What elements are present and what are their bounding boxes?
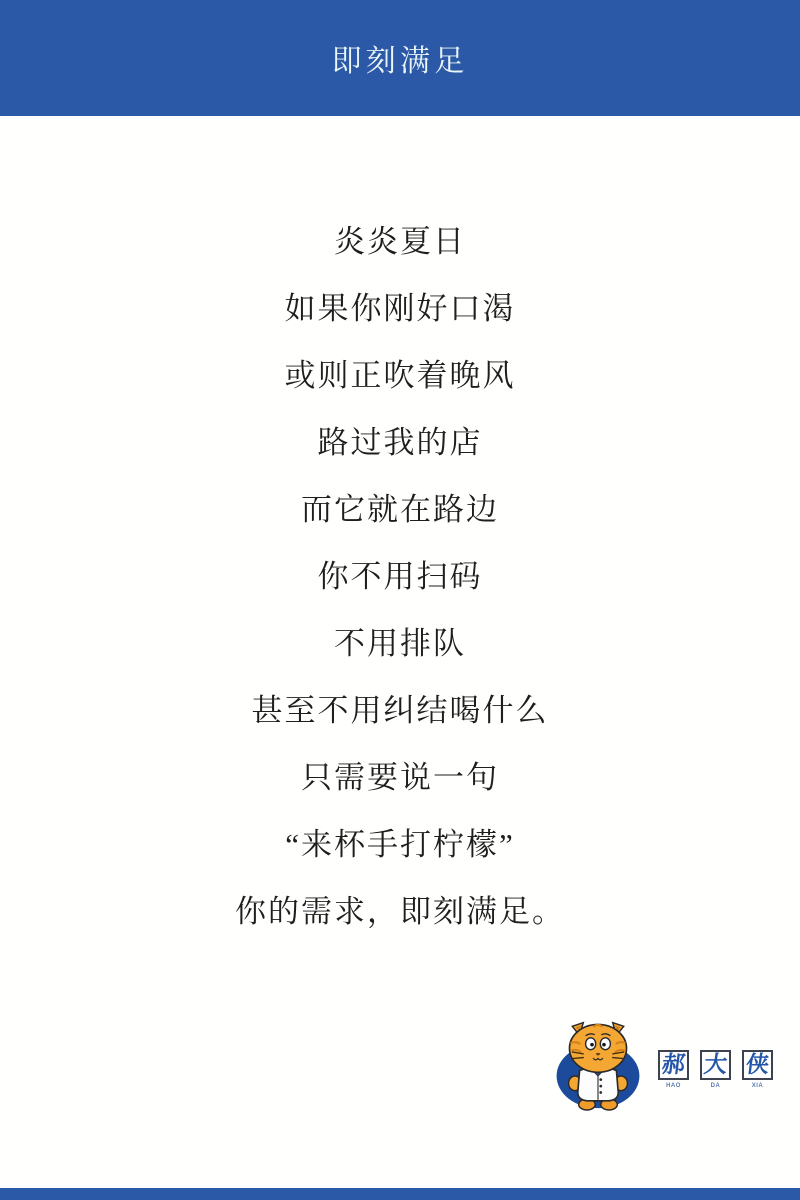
footer-bar	[0, 1188, 800, 1200]
poem-line: 你不用扫码	[0, 543, 800, 610]
poem-body: 炎炎夏日 如果你刚好口渴 或则正吹着晚风 路过我的店 而它就在路边 你不用扫码 …	[0, 208, 800, 945]
poem-line: 甚至不用纠结喝什么	[0, 677, 800, 744]
brand-char: 侠	[745, 1053, 771, 1076]
poem-line: 只需要说一句	[0, 744, 800, 811]
poem-line: 路过我的店	[0, 409, 800, 476]
brand-char-cell: 大 DA	[700, 1050, 731, 1089]
brand-char: 大	[703, 1053, 729, 1076]
brand-logo: 郝 HAO 大 DA 侠 XIA	[552, 1012, 776, 1116]
poem-line: 而它就在路边	[0, 476, 800, 543]
brand-char-box: 大	[700, 1050, 731, 1080]
poem-line: “来杯手打柠檬”	[0, 811, 800, 878]
poem-line: 你的需求，即刻满足。	[0, 878, 800, 945]
brand-pinyin: DA	[700, 1083, 731, 1089]
brand-name: 郝 HAO 大 DA 侠 XIA	[658, 1050, 773, 1089]
brand-pinyin: XIA	[742, 1083, 773, 1089]
brand-char-cell: 侠 XIA	[742, 1050, 773, 1089]
mascot-cat-logo-icon	[552, 1015, 644, 1113]
brand-char-box: 郝	[658, 1050, 689, 1080]
page-title: 即刻满足	[332, 36, 469, 80]
brand-char-cell: 郝 HAO	[658, 1050, 689, 1089]
header-band: 即刻满足	[0, 0, 800, 116]
brand-char: 郝	[661, 1053, 687, 1076]
poster-canvas: 即刻满足 炎炎夏日 如果你刚好口渴 或则正吹着晚风 路过我的店 而它就在路边 你…	[0, 0, 800, 1200]
poem-line: 如果你刚好口渴	[0, 275, 800, 342]
poem-line: 或则正吹着晚风	[0, 342, 800, 409]
poem-line: 炎炎夏日	[0, 208, 800, 275]
brand-char-box: 侠	[742, 1050, 773, 1080]
poem-line: 不用排队	[0, 610, 800, 677]
brand-pinyin: HAO	[658, 1083, 689, 1089]
